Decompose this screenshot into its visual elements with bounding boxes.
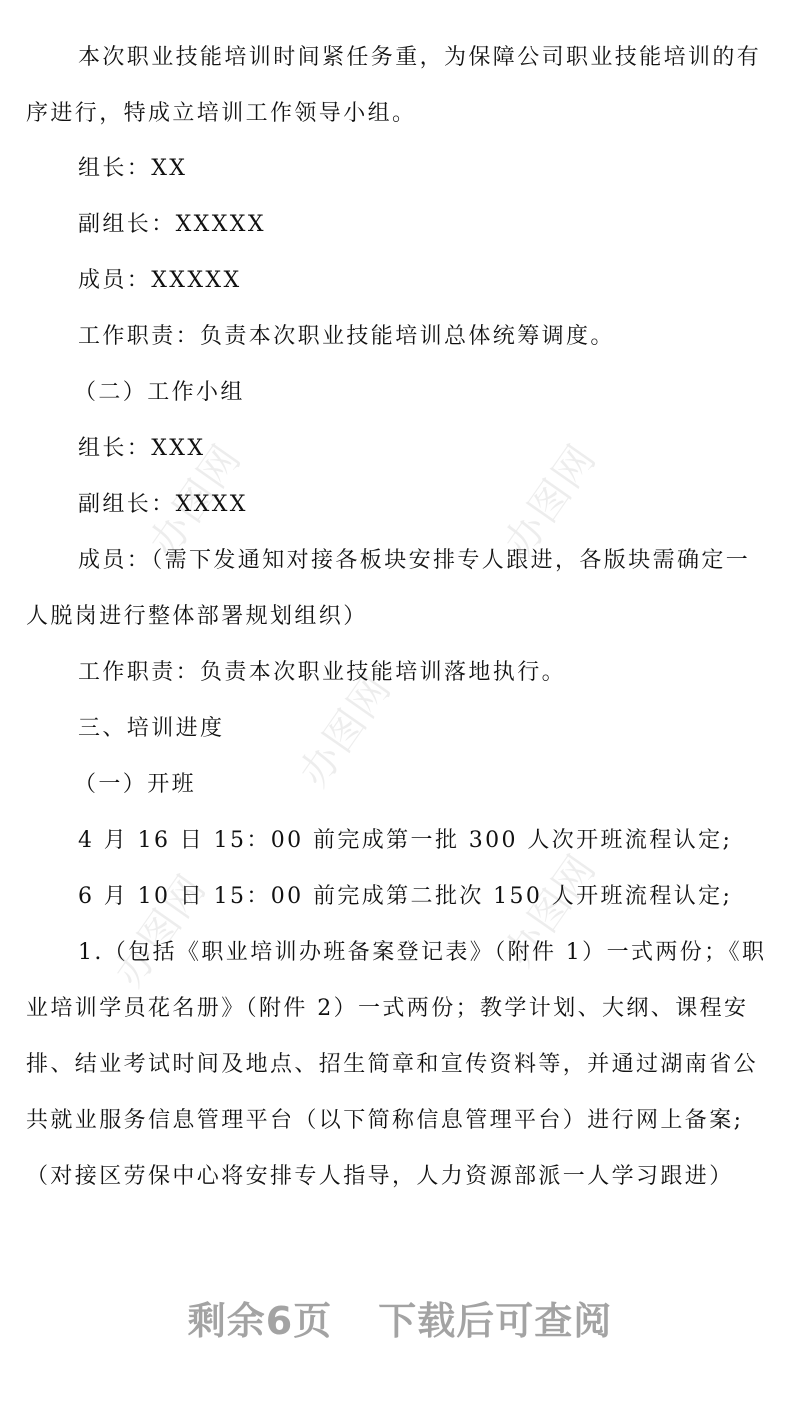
item-1-line-2: 业培训学员花名册》（附件 2）一式两份；教学计划、大纲、课程安: [26, 995, 776, 1023]
document-page: 办图网 办图网 办图网 办图网 办图网 本次职业技能培训时间紧任务重，为保障公司…: [0, 0, 800, 1402]
item-1-line-1: 1.（包括《职业培训办班备案登记表》（附件 1）一式两份；《职: [78, 939, 800, 967]
schedule-line-1: 4 月 16 日 15：00 前完成第一批 300 人次开班流程认定;: [78, 827, 800, 855]
paragraph-intro-cont: 序进行，特成立培训工作领导小组。: [26, 100, 776, 128]
wg-members-line-cont: 人脱岗进行整体部署规划组织）: [26, 603, 776, 631]
wg-leader-line: 组长：XXX: [78, 435, 800, 463]
item-1-line-4: 共就业服务信息管理平台（以下简称信息管理平台）进行网上备案;: [26, 1107, 776, 1135]
section-heading-progress: 三、培训进度: [78, 715, 800, 743]
item-1-line-3: 排、结业考试时间及地点、招生简章和宣传资料等，并通过湖南省公: [26, 1051, 776, 1079]
download-prompt-banner[interactable]: 剩余6页下载后可查阅: [0, 1296, 800, 1346]
section-heading-opening: （一）开班: [74, 771, 800, 799]
wg-duty-line: 工作职责：负责本次职业技能培训落地执行。: [78, 659, 800, 687]
paragraph-intro: 本次职业技能培训时间紧任务重，为保障公司职业技能培训的有: [78, 44, 800, 72]
download-hint-label: 下载后可查阅: [378, 1299, 612, 1343]
leader-line: 组长：XX: [78, 155, 800, 183]
remaining-pages-label: 剩余6页: [188, 1299, 332, 1343]
members-line: 成员：XXXXX: [78, 267, 800, 295]
duty-line: 工作职责：负责本次职业技能培训总体统筹调度。: [78, 323, 800, 351]
deputy-leader-line: 副组长：XXXXX: [78, 211, 800, 239]
item-1-line-5: （对接区劳保中心将安排专人指导，人力资源部派一人学习跟进）: [26, 1163, 776, 1191]
section-heading-work-group: （二）工作小组: [74, 379, 800, 407]
wg-deputy-line: 副组长：XXXX: [78, 491, 800, 519]
schedule-line-2: 6 月 10 日 15：00 前完成第二批次 150 人开班流程认定;: [78, 883, 800, 911]
wg-members-line: 成员：（需下发通知对接各板块安排专人跟进，各版块需确定一: [78, 547, 800, 575]
watermark: 办图网: [99, 861, 218, 997]
